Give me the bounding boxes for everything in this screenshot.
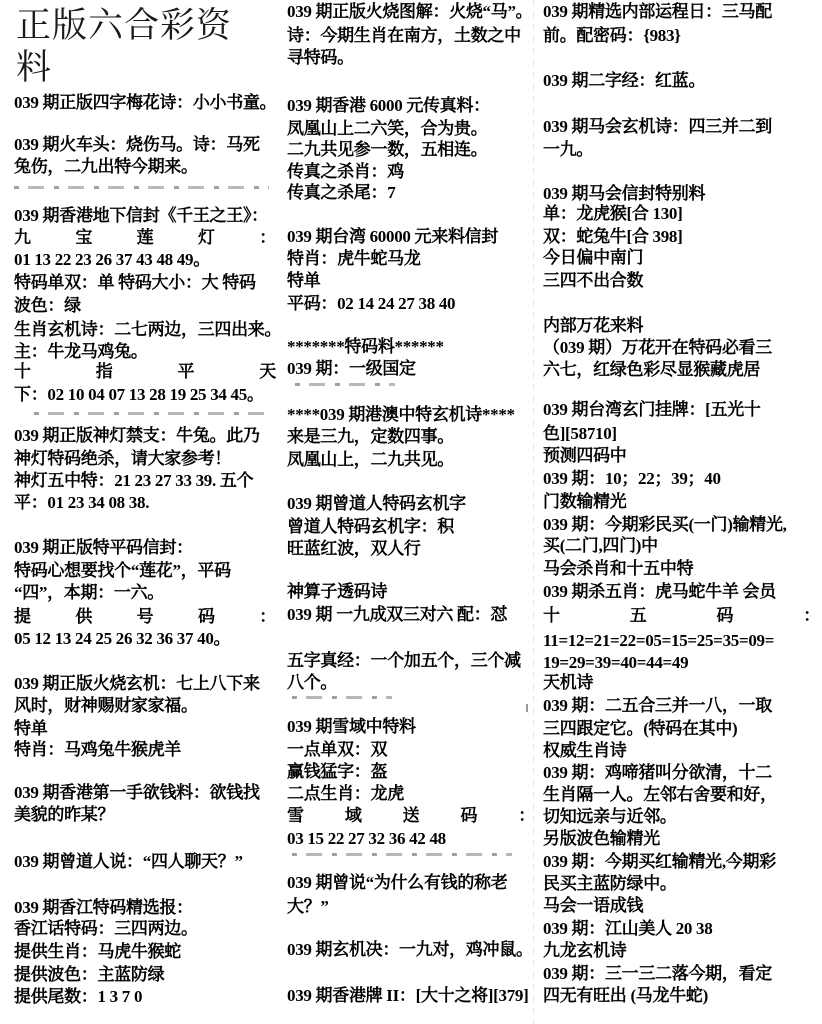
text-line: 香江话特码：三四两边。 [14, 918, 276, 940]
text-line: 凤凰山上二六笑，合为贵。 [287, 118, 535, 140]
text-line: 三四不出合数 [543, 270, 820, 292]
section-heading: 马会一语成钱 [543, 895, 820, 917]
scan-artifact [292, 696, 392, 699]
text-line: 传真之杀尾：7 [287, 182, 535, 204]
text-line: 风时，财神赐财家家福。 [14, 695, 276, 717]
section-heading: ****039 期港澳中特玄机诗**** [287, 404, 535, 426]
text-line: 提供波色：主蓝防绿 [14, 964, 276, 986]
text-line: 生肖隔一人。左邻右舍要和好， [543, 784, 820, 806]
text-line: 039 期：江山美人 20 38 [543, 918, 820, 940]
text-line: 039 期：一级国定 [287, 358, 535, 380]
number-line: 01 13 22 23 26 37 43 48 49。 [14, 249, 276, 271]
text-line: 039 期 一九成双三对六 配：怼 [287, 604, 535, 626]
scan-artifact [295, 383, 395, 386]
text-line: 大？” [287, 896, 535, 918]
text-line: 十 指 平 天 [14, 361, 276, 383]
text-line: 四无有旺出 (马龙牛蛇) [543, 985, 820, 1007]
section-heading: 039 期正版火烧玄机：七上八下来 [14, 673, 276, 695]
text-line: 提供尾数：1 3 7 0 [14, 986, 276, 1008]
section-heading: 内部万花来料 [543, 315, 820, 337]
lottery-document-page: 正版六合彩资 料 039 期正版四字梅花诗：小小书童。 039 期火车头：烧伤马… [0, 0, 822, 1024]
section-heading: 预测四码中 [543, 445, 820, 467]
text-line: 039 期：今期买红输精光,今期彩 [543, 851, 820, 873]
text-line: 五字真经：一个加五个，三个减 [287, 650, 535, 672]
column-right: 039 期精选内部运程日：三马配 前。配密码：{983} 039 期二字经：红蓝… [543, 0, 820, 1024]
text-line: 特码单双：单 特码大小：大 特码 [14, 272, 276, 294]
number-line: 11=12=21=22=05=15=25=35=09= [543, 630, 820, 652]
text-line: 一九。 [543, 139, 820, 161]
text-line: 来是三九，定数四事。 [287, 426, 535, 448]
text-line: 民买主蓝防绿中。 [543, 873, 820, 895]
text-line: 前。配密码：{983} [543, 25, 820, 47]
text-line: 寻特码。 [287, 47, 535, 69]
text-line: 特肖：马鸡兔牛猴虎羊 [14, 739, 276, 761]
text-line: 一点单双：双 [287, 739, 535, 761]
text-line: 双：蛇兔牛[合 398] [543, 226, 820, 248]
text-line: “四”，本期：一六。 [14, 582, 276, 604]
section-heading: 另版波色输精光 [543, 828, 820, 850]
section-heading: *******特码料****** [287, 336, 535, 358]
text-line: 提供生肖：马虎牛猴蛇 [14, 941, 276, 963]
section-heading: 039 期正版特平码信封： [14, 537, 276, 559]
text-line: 二九共见参一数，五相连。 [287, 139, 535, 161]
text-line: 主：牛龙马鸡兔。 [14, 341, 276, 363]
text-line: 切知远亲与近邻。 [543, 806, 820, 828]
number-line: 19=29=39=40=44=49 [543, 652, 820, 674]
text-line: 旺蓝红波，双人行 [287, 538, 535, 560]
scan-artifact [14, 186, 269, 189]
section-heading: 马会杀肖和十五中特 [543, 558, 820, 580]
text-line: 039 期：今期彩民买(一门)输精光, [543, 514, 820, 536]
text-line: 九 宝 莲 灯 ： [14, 227, 276, 249]
section-heading: 039 期火车头：烧伤马。诗：马死 [14, 134, 276, 156]
section-heading: 039 期二字经：红蓝。 [543, 70, 820, 92]
column-middle: 039 期正版火烧图解：火烧“马”。 诗：今期生肖在南方，土数之中 寻特码。 0… [287, 0, 535, 1024]
text-line: 今日偏中南门 [543, 247, 820, 269]
text-line: 八个。 [287, 672, 535, 694]
column-left: 039 期正版四字梅花诗：小小书童。 039 期火车头：烧伤马。诗：马死 兔伤，… [14, 0, 276, 1024]
text-line: 039 期：二五合三并一八，一取 [543, 695, 820, 717]
text-line: 单：龙虎猴[合 130] [543, 203, 820, 225]
number-line: 03 15 22 27 32 36 42 48 [287, 828, 535, 850]
section-heading: 039 期香港牌 II：[大十之将][379] [287, 985, 535, 1007]
section-heading: 门数输精光 [543, 491, 820, 513]
section-heading: 039 期曾道人说：“四人聊天？” [14, 851, 276, 873]
section-heading: 039 期正版神灯禁支：牛兔。此乃 [14, 425, 276, 447]
section-heading: 039 期雪域中特料 [287, 716, 535, 738]
text-line: 诗：今期生肖在南方，土数之中 [287, 25, 535, 47]
section-heading: 权威生肖诗 [543, 740, 820, 762]
text-line: 特单 [14, 718, 276, 740]
text-line: 雪 域 送 码 ： [287, 805, 535, 827]
text-line: 兔伤，二九出特今期来。 [14, 156, 276, 178]
text-line: 传真之杀肖：鸡 [287, 161, 535, 183]
text-line: 神灯五中特：21 23 27 33 39. 五个 [14, 470, 276, 492]
text-line: 神灯特码绝杀，请大家参考！ [14, 448, 276, 470]
text-line: 039 期：三一三二落今期，看定 [543, 963, 820, 985]
text-line: 色][58710] [543, 423, 820, 445]
text-line: 039 期：鸡啼猪叫分欲清，十二 [543, 762, 820, 784]
text-line: 039 期杀五肖：虎马蛇牛羊 会员 [543, 581, 820, 603]
text-line: 特码心想要找个“莲花”，平码 [14, 560, 276, 582]
section-heading: 039 期马会玄机诗：四三并二到 [543, 116, 820, 138]
section-heading: 039 期台湾 60000 元来料信封 [287, 226, 535, 248]
section-heading: 039 期香港第一手欲钱料：欲钱找 [14, 782, 276, 804]
text-line: 美貌的昨某？ [14, 804, 276, 826]
text-line: 特肖：虎牛蛇马龙 [287, 248, 535, 270]
text-line: 赢钱猛字：盔 [287, 761, 535, 783]
section-heading: 039 期正版四字梅花诗：小小书童。 [14, 92, 276, 114]
text-line: 特单 [287, 270, 535, 292]
section-heading: 神算子透码诗 [287, 581, 535, 603]
section-heading: 039 期香江特码精选报： [14, 897, 276, 919]
text-line: 曾道人特码玄机字：积 [287, 516, 535, 538]
text-line: 凤凰山上，二九共见。 [287, 449, 535, 471]
section-heading: 039 期香港 6000 元传真料： [287, 95, 535, 117]
scan-artifact [34, 412, 274, 415]
text-line: 波色：绿 [14, 295, 276, 317]
section-heading: 039 期曾说“为什么有钱的称老 [287, 872, 535, 894]
text-line: 生肖玄机诗：二七两边，三四出来。 [14, 319, 276, 341]
section-heading: 039 期玄机决：一九对，鸡冲鼠。 [287, 939, 535, 961]
text-line: （039 期）万花开在特码必看三 [543, 337, 820, 359]
section-heading: 039 期台湾玄门挂牌：[五光十 [543, 399, 820, 421]
text-line: 六七，红绿色彩尽显猴藏虎居 [543, 359, 820, 381]
section-heading: 039 期精选内部运程日：三马配 [543, 1, 820, 23]
number-line: 平码：02 14 24 27 38 40 [287, 293, 535, 315]
text-line: 十 五 码 ： [543, 605, 820, 627]
section-heading: 039 期香港地下信封《千王之王》： [14, 205, 276, 227]
scan-artifact [292, 853, 512, 856]
section-heading: 九龙玄机诗 [543, 940, 820, 962]
text-line: 三四跟定它。(特码在其中) [543, 718, 820, 740]
section-heading: 039 期马会信封特别料 [543, 183, 820, 205]
section-heading: 039 期曾道人特码玄机字 [287, 493, 535, 515]
number-line: 05 12 13 24 25 26 32 36 37 40。 [14, 628, 276, 650]
number-line: 039 期：10；22；39；40 [543, 468, 820, 490]
text-line: 二点生肖：龙虎 [287, 783, 535, 805]
number-line: 下：02 10 04 07 13 28 19 25 34 45。 [14, 384, 276, 406]
section-heading: 天机诗 [543, 672, 820, 694]
section-heading: 039 期正版火烧图解：火烧“马”。 [287, 1, 535, 23]
number-line: 平：01 23 34 08 38. [14, 492, 276, 514]
text-line: 提 供 号 码 ： [14, 606, 276, 628]
text-line: 买(二门,四门)中 [543, 535, 820, 557]
